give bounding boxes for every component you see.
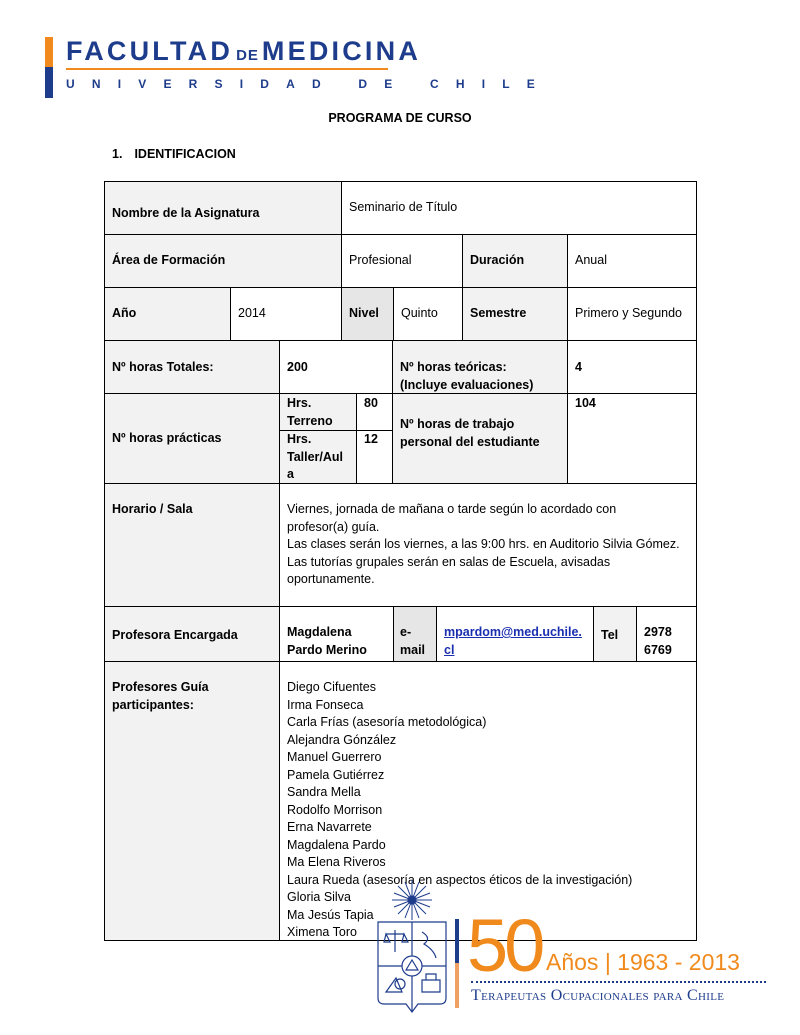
- footer-tagline: Terapeutas Ocupacionales para Chile: [471, 986, 724, 1006]
- value-nombre-asignatura: Seminario de Título: [341, 181, 697, 235]
- section-heading: 1.IDENTIFICACION: [112, 147, 236, 161]
- guias-label-line1: Profesores Guía: [112, 679, 209, 697]
- value-area-formacion: Profesional: [341, 234, 463, 288]
- value-horas-trabajo-personal: 104: [567, 393, 697, 484]
- horario-line: Las tutorías grupales serán en salas de …: [287, 554, 689, 572]
- label-horas-totales: Nº horas Totales:: [104, 340, 280, 394]
- tel-line2: 6769: [644, 642, 672, 660]
- footer-accent-orange: [455, 963, 459, 1008]
- section-number: 1.: [112, 147, 122, 161]
- label-hrs-terreno-line1: Hrs.: [287, 395, 311, 413]
- label-semestre: Semestre: [462, 287, 568, 341]
- university-logo-subtitle: UNIVERSIDAD DE CHILE: [66, 76, 552, 92]
- profesor-guia-item: Laura Rueda (asesoría en aspectos éticos…: [287, 872, 689, 890]
- document-title: PROGRAMA DE CURSO: [0, 111, 800, 125]
- label-horas-personal-line2: personal del estudiante: [400, 434, 540, 452]
- horario-line: profesor(a) guía.: [287, 519, 689, 537]
- university-crest-icon: [372, 880, 452, 1016]
- anniversary-years: Años | 1963 - 2013: [546, 947, 740, 977]
- label-horario-sala: Horario / Sala: [104, 483, 280, 607]
- horario-line: Las clases serán los viernes, a las 9:00…: [287, 536, 689, 554]
- label-hrs-taller-line1: Hrs.: [287, 431, 311, 449]
- profesor-guia-item: Magdalena Pardo: [287, 837, 689, 855]
- profesor-guia-item: Irma Fonseca: [287, 697, 689, 715]
- value-nivel: Quinto: [393, 287, 463, 341]
- label-hrs-terreno: Hrs. Terreno: [279, 393, 357, 431]
- value-hrs-taller: 12: [356, 430, 393, 484]
- profesora-name-line1: Magdalena: [287, 624, 352, 642]
- email-link-line1[interactable]: mpardom@med.uchile.: [444, 624, 582, 642]
- horario-line: oportunamente.: [287, 571, 689, 589]
- label-horas-teoricas-line2: (Incluye evaluaciones): [400, 377, 533, 395]
- label-hrs-taller-line3: a: [287, 466, 294, 484]
- profesor-guia-item: Diego Cifuentes: [287, 679, 689, 697]
- label-hrs-taller-line2: Taller/Aul: [287, 449, 343, 467]
- value-semestre: Primero y Segundo: [567, 287, 697, 341]
- label-horas-teoricas-line1: Nº horas teóricas:: [400, 359, 507, 377]
- label-horas-practicas: Nº horas prácticas: [104, 393, 280, 484]
- profesor-guia-item: Ma Elena Riveros: [287, 854, 689, 872]
- guias-label-line2: participantes:: [112, 697, 194, 715]
- email-link-line2[interactable]: cl: [444, 642, 454, 660]
- label-nombre-asignatura: Nombre de la Asignatura: [104, 181, 342, 235]
- value-horas-teoricas: 4: [567, 340, 697, 394]
- value-hrs-terreno: 80: [356, 393, 393, 431]
- section-title: IDENTIFICACION: [134, 147, 235, 161]
- label-nivel: Nivel: [341, 287, 394, 341]
- label-horas-personal-line1: Nº horas de trabajo: [400, 416, 514, 434]
- value-horario-sala: Viernes, jornada de mañana o tarde según…: [279, 483, 697, 607]
- label-hrs-taller: Hrs. Taller/Aul a: [279, 430, 357, 484]
- logo-accent-blue: [45, 67, 53, 98]
- horario-line: Viernes, jornada de mañana o tarde según…: [287, 501, 689, 519]
- footer-dotted-divider: [471, 981, 766, 983]
- value-email[interactable]: mpardom@med.uchile. cl: [436, 606, 594, 662]
- profesora-name-line2: Pardo Merino: [287, 642, 367, 660]
- logo-divider: [66, 68, 388, 70]
- profesor-guia-item: Carla Frías (asesoría metodológica): [287, 714, 689, 732]
- profesor-guia-item: Pamela Gutiérrez: [287, 767, 689, 785]
- label-hrs-terreno-line2: Terreno: [287, 413, 333, 431]
- profesor-guia-item: Manuel Guerrero: [287, 749, 689, 767]
- value-horas-totales: 200: [279, 340, 393, 394]
- label-horas-teoricas: Nº horas teóricas: (Incluye evaluaciones…: [392, 340, 568, 394]
- logo-accent-orange: [45, 37, 53, 67]
- email-label-line2: mail: [400, 642, 425, 660]
- value-duracion: Anual: [567, 234, 697, 288]
- footer-accent-blue: [455, 919, 459, 963]
- value-profesores-guia-list: Diego CifuentesIrma FonsecaCarla Frías (…: [279, 661, 697, 941]
- profesor-guia-item: Erna Navarrete: [287, 819, 689, 837]
- anniversary-number: 50: [467, 906, 541, 986]
- logo-title-de: DE: [236, 47, 259, 64]
- label-profesores-guia: Profesores Guía participantes:: [104, 661, 280, 941]
- profesor-guia-item: Rodolfo Morrison: [287, 802, 689, 820]
- value-profesora-encargada: Magdalena Pardo Merino: [279, 606, 394, 662]
- value-anio: 2014: [230, 287, 342, 341]
- label-tel: Tel: [593, 606, 637, 662]
- label-email: e- mail: [393, 606, 437, 662]
- label-profesora-encargada: Profesora Encargada: [104, 606, 280, 662]
- label-horas-trabajo-personal: Nº horas de trabajo personal del estudia…: [392, 393, 568, 484]
- email-label-line1: e-: [400, 624, 411, 642]
- tel-line1: 2978: [644, 624, 672, 642]
- label-duracion: Duración: [462, 234, 568, 288]
- logo-title-main: FACULTAD: [66, 36, 233, 66]
- value-tel: 2978 6769: [636, 606, 697, 662]
- profesor-guia-item: Sandra Mella: [287, 784, 689, 802]
- logo-title-end: MEDICINA: [262, 36, 421, 66]
- profesor-guia-item: Alejandra Gónzález: [287, 732, 689, 750]
- label-anio: Año: [104, 287, 231, 341]
- label-area-formacion: Área de Formación: [104, 234, 342, 288]
